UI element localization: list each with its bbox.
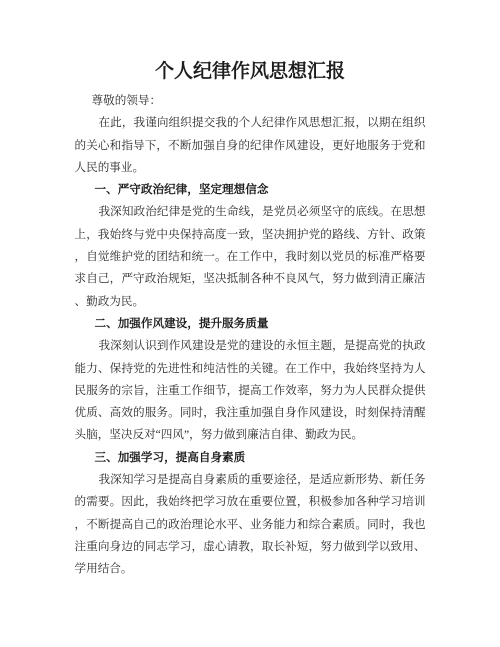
paragraph-line: 民服务的宗旨，注重工作细节，提高工作效率，努力为人民群众提供 bbox=[75, 380, 426, 402]
paragraph-line: 我深知政治纪律是党的生命线，是党员必须坚守的底线。在思想 bbox=[75, 201, 426, 223]
section-3-heading: 三、加强学习，提高自身素质 bbox=[75, 447, 426, 469]
paragraph-line: 学用结合。 bbox=[75, 558, 426, 580]
intro-paragraph: 在此，我谨向组织提交我的个人纪律作风思想汇报，以期在组织 的关心和指导下，不断加… bbox=[75, 112, 426, 179]
document-title: 个人纪律作风思想汇报 bbox=[0, 0, 500, 85]
paragraph-line: 头脑，坚决反对“四风”，努力做到廉洁自律、勤政为民。 bbox=[75, 424, 426, 446]
section-1-paragraph: 我深知政治纪律是党的生命线，是党员必须坚守的底线。在思想 上，我始终与党中央保持… bbox=[75, 201, 426, 312]
paragraph-line: 我深知学习是提高自身素质的重要途径，是适应新形势、新任务 bbox=[75, 469, 426, 491]
paragraph-line: ，不断提高自己的政治理论水平、业务能力和综合素质。同时，我也 bbox=[75, 514, 426, 536]
paragraph-line: 上，我始终与党中央保持高度一致，坚决拥护党的路线、方针、政策 bbox=[75, 224, 426, 246]
paragraph-line: 的需要。因此，我始终把学习放在重要位置，积极参加各种学习培训 bbox=[75, 491, 426, 513]
section-1-heading: 一、严守政治纪律，坚定理想信念 bbox=[75, 179, 426, 201]
paragraph-line: ，自觉维护党的团结和统一。在工作中，我时刻以党员的标准严格要 bbox=[75, 246, 426, 268]
section-2-paragraph: 我深刻认识到作风建设是党的建设的永恒主题，是提高党的执政 能力、保持党的先进性和… bbox=[75, 335, 426, 446]
paragraph-line: 人民的事业。 bbox=[75, 157, 426, 179]
paragraph-line: 在此，我谨向组织提交我的个人纪律作风思想汇报，以期在组织 bbox=[75, 112, 426, 134]
paragraph-line: 、勤政为民。 bbox=[75, 291, 426, 313]
paragraph-line: 的关心和指导下，不断加强自身的纪律作风建设，更好地服务于党和 bbox=[75, 135, 426, 157]
document-page: 个人纪律作风思想汇报 尊敬的领导： 在此，我谨向组织提交我的个人纪律作风思想汇报… bbox=[0, 0, 500, 647]
paragraph-line: 求自己，严守政治规矩，坚决抵制各种不良风气，努力做到清正廉洁 bbox=[75, 268, 426, 290]
paragraph-line: 注重向身边的同志学习，虚心请教，取长补短，努力做到学以致用、 bbox=[75, 536, 426, 558]
section-3-paragraph: 我深知学习是提高自身素质的重要途径，是适应新形势、新任务 的需要。因此，我始终把… bbox=[75, 469, 426, 580]
greeting-line: 尊敬的领导： bbox=[75, 90, 426, 112]
paragraph-line: 能力、保持党的先进性和纯洁性的关键。在工作中，我始终坚持为人 bbox=[75, 358, 426, 380]
paragraph-line: 优质、高效的服务。同时，我注重加强自身作风建设，时刻保持清醒 bbox=[75, 402, 426, 424]
paragraph-line: 我深刻认识到作风建设是党的建设的永恒主题，是提高党的执政 bbox=[75, 335, 426, 357]
document-body: 尊敬的领导： 在此，我谨向组织提交我的个人纪律作风思想汇报，以期在组织 的关心和… bbox=[75, 90, 426, 581]
section-2-heading: 二、加强作风建设，提升服务质量 bbox=[75, 313, 426, 335]
